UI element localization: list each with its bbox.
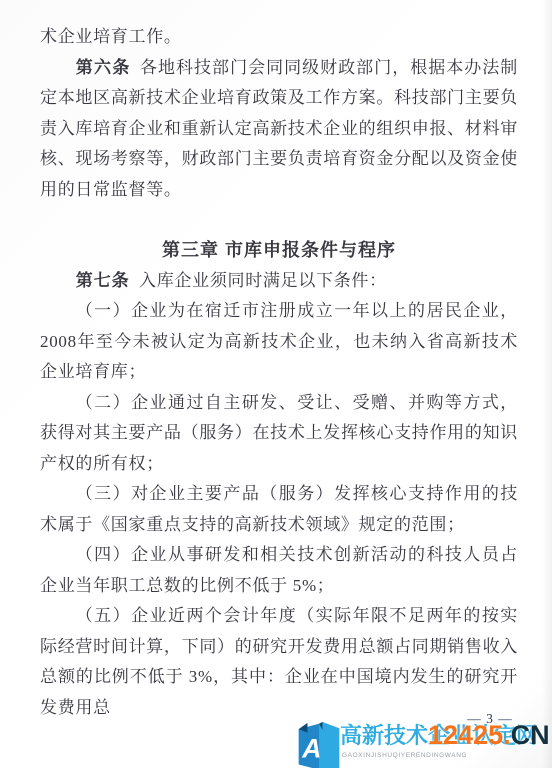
document-body: 术企业培育工作。 第六条各地科技部门会同同级财政部门，根据本办法制定本地区高新技… xyxy=(40,22,518,723)
site-watermark: A 高新技术企业认定网 GAOXINJISHUQIYERENDINGWANG 1… xyxy=(296,718,552,768)
article-6-number: 第六条 xyxy=(76,58,131,77)
clause-item-1: （一）企业为在宿迁市注册成立一年以上的居民企业，2008年至今未被认定为高新技术… xyxy=(40,296,518,388)
site-url-number: 12425. xyxy=(428,720,511,750)
article-7-text: 入库企业须同时满足以下条件： xyxy=(139,271,387,290)
clause-item-4: （四）企业从事研发和相关技术创新活动的科技人员占企业当年职工总数的比例不低于 5… xyxy=(40,540,518,601)
clause-item-5: （五）企业近两个会计年度（实际年限不足两年的按实际经营时间计算，下同）的研究开发… xyxy=(40,601,518,723)
article-6-text: 各地科技部门会同同级财政部门，根据本办法制定本地区高新技术企业培育政策及工作方案… xyxy=(40,58,518,199)
paragraph-text: 术企业培育工作。 xyxy=(40,27,182,46)
clause-item-3: （三）对企业主要产品（服务）发挥核心支持作用的技术属于《国家重点支持的高新技术领… xyxy=(40,479,518,540)
svg-text:A: A xyxy=(301,733,321,763)
site-url-tld: CN xyxy=(511,720,550,750)
paragraph-continuation: 术企业培育工作。 xyxy=(40,22,518,53)
clause-item-2: （二）企业通过自主研发、受让、受赠、并购等方式，获得对其主要产品（服务）在技术上… xyxy=(40,388,518,480)
site-logo-icon: A xyxy=(296,720,342,768)
chapter-heading: 第三章 市库申报条件与程序 xyxy=(40,235,518,266)
paragraph-article-6: 第六条各地科技部门会同同级财政部门，根据本办法制定本地区高新技术企业培育政策及工… xyxy=(40,53,518,206)
site-url-overlay: 12425.CN xyxy=(428,720,550,750)
scanned-document-page: 术企业培育工作。 第六条各地科技部门会同同级财政部门，根据本办法制定本地区高新技… xyxy=(0,0,552,768)
site-pinyin-caption: GAOXINJISHUQIYERENDINGWANG xyxy=(342,752,467,759)
paragraph-article-7: 第七条入库企业须同时满足以下条件： xyxy=(40,266,518,297)
article-7-number: 第七条 xyxy=(76,271,130,290)
